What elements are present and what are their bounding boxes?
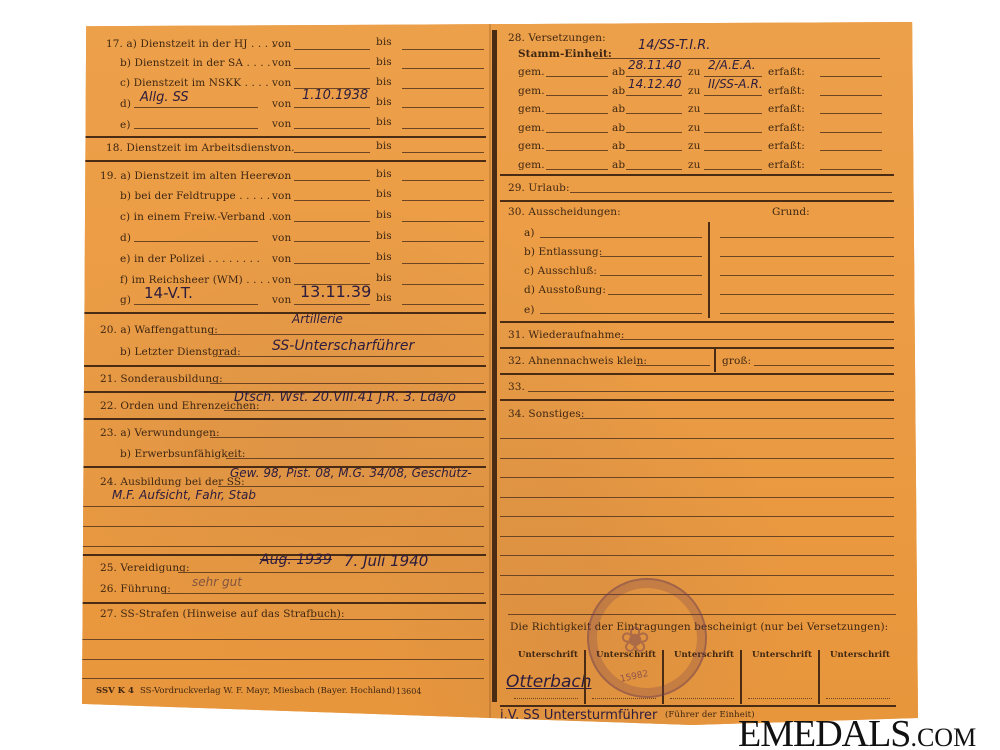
s17c-von: von [272, 77, 291, 89]
versetzung-erfasst-field [820, 113, 882, 114]
s27-label: 27. SS-Strafen (Hinweise auf das Strafbu… [100, 608, 345, 620]
s17e-von-field [294, 128, 370, 129]
s32-gross-field [754, 365, 894, 366]
versetzung-ab-label: ab [612, 103, 625, 115]
s17c-label: c) Dienstzeit im NSKK . . . . [120, 77, 269, 89]
s29-field [570, 192, 892, 193]
versetzung-gem-field [546, 76, 608, 77]
s17e-bis-field [402, 128, 484, 129]
s17e-entry-field [134, 128, 258, 129]
page-fold [489, 22, 491, 725]
sonstiges-field-line [500, 438, 894, 439]
versetzung-erfasst-label: erfaßt: [768, 103, 805, 115]
s20b-field [218, 356, 484, 357]
versetzung-gem-field [546, 132, 608, 133]
s30-grund-field-5 [720, 313, 894, 314]
versetzung-ab-label: ab [612, 85, 625, 97]
s19b-label: b) bei der Feldtruppe . . . . . . [120, 190, 277, 202]
versetzung-zu-field [704, 132, 762, 133]
signature-baseline [500, 705, 896, 707]
s30a-field [540, 237, 702, 238]
s24-line1: Gew. 98, Pist. 08, M.G. 34/08, Geschütz- [230, 466, 472, 480]
versetzung-gem-field [546, 150, 608, 151]
s32-gross-label: groß: [722, 355, 751, 367]
signature-value: Otterbach [506, 672, 592, 692]
s17b-von: von [272, 57, 291, 69]
s19d-von: von [272, 232, 291, 244]
versetzung-zu-label: zu [688, 159, 701, 171]
s19c-bis-field [402, 221, 484, 222]
s30d-field [608, 294, 702, 295]
s24-field-4 [82, 546, 484, 547]
s19f-label: f) im Reichsheer (WM) . . . . [120, 274, 270, 286]
versetzung-zu-value: 2/A.E.A. [708, 58, 756, 72]
versetzung-ab-field [626, 150, 682, 151]
sonstiges-field-line [500, 575, 894, 576]
s19g-bis-field [402, 304, 484, 305]
versetzung-gem-field [546, 113, 608, 114]
s19c-bis: bis [376, 209, 392, 221]
s25-value-struck: Aug. 1939 [260, 552, 332, 568]
versetzung-erfasst-field [820, 76, 882, 77]
center-divider [492, 30, 497, 702]
s19c-label: c) in einem Freiw.-Verband . . [120, 211, 279, 223]
s30-grund-field-3 [720, 275, 894, 276]
document-page: 17. a) Dienstzeit in der HJ . . . . . vo… [82, 22, 918, 725]
s34-label: 34. Sonstiges: [508, 408, 585, 420]
s19g-von-value: 13.11.39 [300, 282, 371, 301]
versetzung-zu-value: II/SS-A.R. [708, 77, 763, 91]
s19d-label: d) [120, 232, 131, 244]
s17e-bis: bis [376, 116, 392, 128]
sonstiges-field-line [500, 516, 894, 517]
versetzung-ab-label: ab [612, 159, 625, 171]
s19e-von-field [294, 263, 370, 264]
s19a-label: 19. a) Dienstzeit im alten Heere . . [100, 170, 287, 182]
signature-field [592, 698, 656, 699]
signature-label: Unterschrift [518, 650, 578, 660]
s26-field [162, 593, 484, 594]
s17d-entry: Allg. SS [140, 90, 189, 105]
s17d-label: d) [120, 98, 131, 110]
s34-field [580, 418, 894, 419]
versetzung-gem-label: gem. [518, 85, 545, 97]
s25-value: 7. Juli 1940 [344, 552, 428, 570]
s19a-von-field [294, 180, 370, 181]
versetzung-ab-label: ab [612, 140, 625, 152]
s19b-von: von [272, 190, 291, 202]
s30d-label: d) Ausstoßung: [524, 284, 606, 296]
s19f-bis-field [402, 284, 484, 285]
versetzung-ab-label: ab [612, 66, 625, 78]
s20a-value: Artillerie [292, 312, 343, 326]
s24-field-2 [82, 506, 484, 507]
s17b-bis: bis [376, 56, 392, 68]
versetzung-gem-label: gem. [518, 159, 545, 171]
s30c-label: c) Ausschluß: [524, 265, 597, 277]
s20a-field [210, 334, 484, 335]
s30a-label: a) [524, 227, 535, 239]
s19b-bis-field [402, 200, 484, 201]
sonstiges-field-line [500, 536, 894, 537]
versetzung-zu-label: zu [688, 103, 701, 115]
s28-label: 28. Versetzungen: [508, 32, 606, 44]
s18-bis-field [402, 152, 484, 153]
versetzung-erfasst-label: erfaßt: [768, 140, 805, 152]
s18-von-field [294, 152, 370, 153]
s27-field-3 [82, 659, 484, 660]
s19b-von-field [294, 200, 370, 201]
s17d-von-field [294, 107, 370, 108]
s19f-von: von [272, 274, 291, 286]
s19g-entry-field [134, 304, 258, 305]
sonstiges-field-line [500, 594, 894, 595]
signature-label: Unterschrift [752, 650, 812, 660]
s27-field [310, 619, 484, 620]
form-code: SSV K 4 [96, 686, 134, 696]
s33-field [528, 391, 894, 392]
versetzung-zu-label: zu [688, 122, 701, 134]
eagle-emblem-icon: ❀ [620, 620, 650, 661]
versetzung-ab-field [626, 132, 682, 133]
s22-value: Dtsch. Wst. 20.VIII.41 J.R. 3. Lda/o [234, 390, 456, 405]
s18-bis: bis [376, 140, 392, 152]
s19d-entry-field [134, 241, 258, 242]
s19c-von: von [272, 211, 291, 223]
divider [82, 602, 486, 604]
versetzung-gem-field [546, 95, 608, 96]
s17e-label: e) [120, 119, 131, 131]
divider [82, 365, 486, 367]
s17d-entry-field [134, 107, 258, 108]
s17d-von: von [272, 98, 291, 110]
divider [82, 312, 486, 314]
s24-line2: M.F. Aufsicht, Fahr, Stab [112, 488, 256, 502]
sonstiges-field-line [500, 497, 894, 498]
watermark-suffix: .COM [910, 723, 976, 750]
s23b-field [226, 458, 484, 459]
signature-divider [818, 650, 820, 704]
versetzung-ab-field [626, 95, 682, 96]
s30e-label: e) [524, 304, 535, 316]
s17a-bis-field [402, 49, 484, 50]
s25-field [178, 572, 484, 573]
s27-field-2 [82, 639, 484, 640]
s19c-von-field [294, 221, 370, 222]
s30b-field [600, 256, 702, 257]
s29-label: 29. Urlaub: [508, 182, 570, 194]
versetzung-gem-label: gem. [518, 122, 545, 134]
versetzung-erfasst-field [820, 95, 882, 96]
versetzung-gem-label: gem. [518, 103, 545, 115]
s19e-bis-field [402, 263, 484, 264]
divider [500, 347, 894, 349]
s30-grund-field-4 [720, 294, 894, 295]
versetzung-zu-label: zu [688, 85, 701, 97]
versetzung-gem-label: gem. [518, 140, 545, 152]
versetzung-erfasst-field [820, 169, 882, 170]
s30-grund-label: Grund: [772, 206, 810, 218]
signature-divider [584, 650, 586, 704]
s25-label: 25. Vereidigung: [100, 562, 190, 574]
versetzung-erfasst-label: erfaßt: [768, 85, 805, 97]
s26-label: 26. Führung: [100, 583, 171, 595]
s31-field [620, 339, 894, 340]
signature-label: Unterschrift [830, 650, 890, 660]
s19g-bis: bis [376, 292, 392, 304]
divider [500, 200, 894, 202]
s19g-entry: 14-V.T. [144, 284, 193, 302]
s32-label: 32. Ahnennachweis klein: [508, 355, 647, 367]
s19d-bis: bis [376, 230, 392, 242]
s30b-label: b) Entlassung: [524, 246, 602, 258]
s19a-von: von [272, 170, 291, 182]
watermark-main: EMEDALS [738, 713, 910, 750]
divider [500, 399, 894, 401]
s19a-bis-field [402, 180, 484, 181]
versetzung-ab-value: 14.12.40 [628, 77, 681, 91]
versetzung-erfasst-field [820, 150, 882, 151]
s20a-label: 20. a) Waffengattung: [100, 324, 218, 336]
versetzung-ab-label: ab [612, 122, 625, 134]
s31-label: 31. Wiederaufnahme: [508, 329, 624, 341]
s30-grund-field-2 [720, 256, 894, 257]
s30-label: 30. Ausscheidungen: [508, 206, 621, 218]
s17c-bis: bis [376, 76, 392, 88]
divider [500, 174, 894, 176]
s17b-von-field [294, 68, 370, 69]
signature-field [670, 698, 734, 699]
sonstiges-field-line [500, 555, 894, 556]
s19g-von-field [294, 304, 370, 305]
s17a-label: 17. a) Dienstzeit in der HJ . . . . . [106, 38, 282, 50]
versetzung-erfasst-field [820, 132, 882, 133]
s22-field [224, 410, 484, 411]
s17a-von: von [272, 38, 291, 50]
s17c-bis-field [402, 88, 484, 89]
s19e-von: von [272, 253, 291, 265]
divider [82, 418, 486, 420]
versetzung-zu-label: zu [688, 66, 701, 78]
versetzung-zu-label: zu [688, 140, 701, 152]
s17b-bis-field [402, 68, 484, 69]
s19e-label: e) in der Polizei . . . . . . . . [120, 253, 260, 265]
versetzung-zu-field [704, 169, 762, 170]
s17e-von: von [272, 118, 291, 130]
versetzung-ab-field [626, 169, 682, 170]
versetzung-erfasst-label: erfaßt: [768, 159, 805, 171]
divider [500, 321, 894, 323]
s19f-bis: bis [376, 272, 392, 284]
s17b-label: b) Dienstzeit in der SA . . . . [120, 57, 271, 69]
s19d-von-field [294, 241, 370, 242]
s18-label: 18. Dienstzeit im Arbeitsdienst . . . [106, 142, 295, 154]
s17d-bis: bis [376, 96, 392, 108]
s17d-von-value: 1.10.1938 [302, 88, 368, 103]
s32-klein-field [636, 365, 710, 366]
watermark: EMEDALS.COM [738, 712, 976, 750]
sonstiges-field-line [500, 458, 894, 459]
s24-field [218, 486, 484, 487]
s32-divider [714, 348, 716, 372]
divider [82, 136, 486, 138]
signer-title: i.V. SS Untersturmführer [500, 708, 657, 723]
s30-column-divider [708, 222, 710, 318]
s19e-bis: bis [376, 251, 392, 263]
s21-label: 21. Sonderausbildung: [100, 373, 223, 385]
s30-grund-field-1 [720, 237, 894, 238]
s19g-label: g) [120, 294, 131, 306]
s19g-von: von [272, 294, 291, 306]
versetzung-zu-field [704, 150, 762, 151]
s24-field-3 [82, 526, 484, 527]
versetzung-gem-label: gem. [518, 66, 545, 78]
s20b-value: SS-Unterscharführer [272, 338, 414, 354]
form-number: 13604 [396, 687, 421, 696]
s27-field-4 [82, 678, 484, 679]
sonstiges-field-line [500, 477, 894, 478]
s26-value: sehr gut [192, 575, 242, 589]
s30e-field [540, 313, 702, 314]
s19a-bis: bis [376, 168, 392, 180]
s17d-bis-field [402, 107, 484, 108]
s21-field [210, 383, 484, 384]
s19d-bis-field [402, 241, 484, 242]
divider [500, 373, 894, 375]
s23a-field [210, 437, 484, 438]
versetzung-erfasst-label: erfaßt: [768, 66, 805, 78]
s17a-bis: bis [376, 36, 392, 48]
versetzung-ab-field [626, 113, 682, 114]
s33-label: 33. [508, 381, 525, 393]
s30c-field [600, 275, 702, 276]
versetzung-erfasst-label: erfaßt: [768, 122, 805, 134]
signature-divider [740, 650, 742, 704]
signature-field [748, 698, 812, 699]
versetzung-ab-value: 28.11.40 [628, 58, 681, 72]
versetzung-zu-field [704, 95, 762, 96]
signature-field [826, 698, 890, 699]
versetzung-zu-field [704, 113, 762, 114]
s23a-label: 23. a) Verwundungen: [100, 427, 220, 439]
divider [82, 160, 486, 162]
signature-field [514, 698, 578, 699]
s17a-von-field [294, 49, 370, 50]
publisher-imprint: SS-Vordruckverlag W. F. Mayr, Miesbach (… [140, 686, 395, 696]
stamm-einheit-value: 14/SS-T.I.R. [638, 38, 710, 53]
s18-von: von [272, 142, 291, 154]
s19b-bis: bis [376, 188, 392, 200]
versetzung-gem-field [546, 169, 608, 170]
